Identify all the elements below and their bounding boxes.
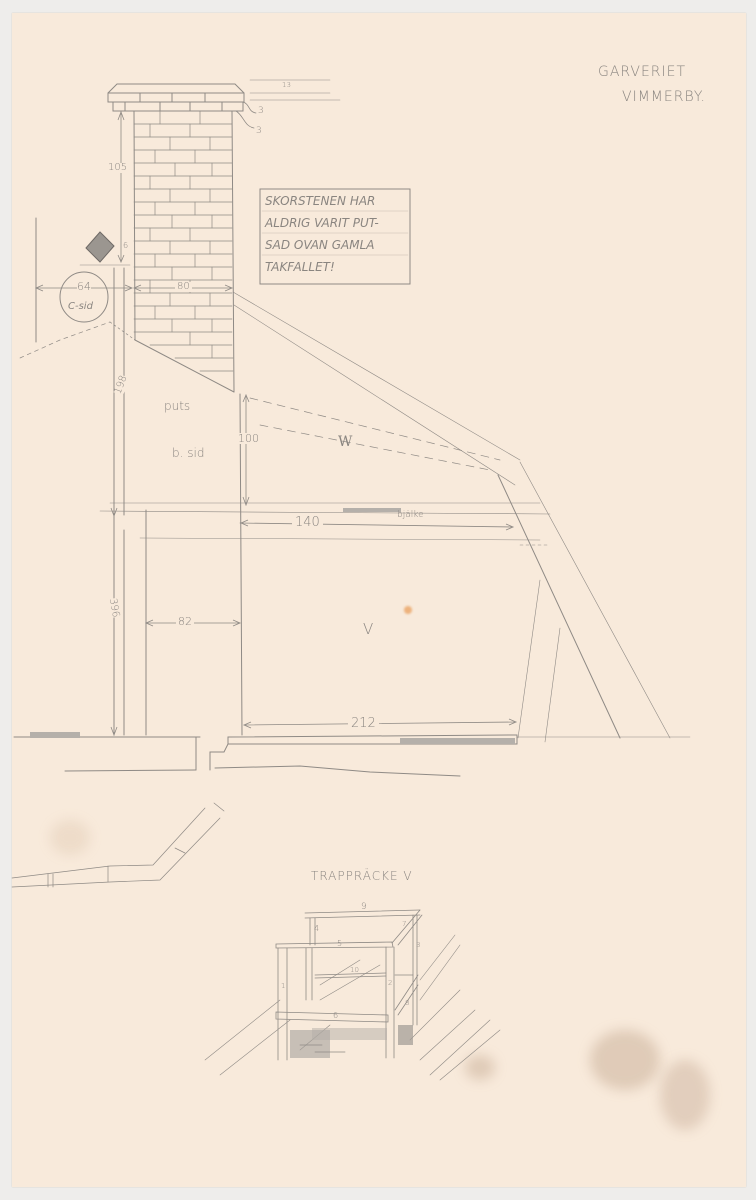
dim-cap-thickness-2: 3	[256, 127, 262, 136]
dim-floor-length: 212	[348, 717, 379, 730]
dim-cap-thickness-1: 3	[258, 107, 264, 116]
part-number-2: 2	[388, 980, 392, 987]
label-wall-v: V	[363, 622, 373, 637]
label-beam: bjälke	[397, 511, 424, 520]
part-number-9: 9	[361, 903, 367, 912]
note-line-2: ALDRIG VARIT PUT-	[265, 217, 379, 229]
dim-total-height: 396	[107, 598, 120, 619]
title-line-2: VIMMERBY.	[622, 90, 706, 104]
part-number-4: 4	[314, 925, 319, 933]
pipe-sketch	[12, 803, 224, 887]
dim-beam-length: 140	[292, 516, 323, 529]
label-side-b: b. sid	[172, 447, 204, 459]
dim-roof-height: 100	[238, 433, 259, 444]
chimney-cap	[108, 84, 244, 111]
dim-base-width: 82	[176, 616, 194, 627]
title-line-1: GARVERIET	[598, 65, 686, 79]
dim-chimney-width: 80	[175, 282, 192, 292]
label-plaster: puts	[164, 400, 190, 412]
part-number-6: 6	[333, 1012, 338, 1020]
note-line-1: SKORSTENEN HAR	[265, 195, 375, 207]
note-line-4: TAKFALLET!	[265, 261, 335, 273]
note-line-3: SAD OVAN GAMLA	[265, 239, 374, 251]
railing-title: TRAPPRÄCKE V	[311, 870, 413, 882]
part-number-5: 5	[337, 940, 342, 948]
stair-railing-sketch	[205, 910, 500, 1080]
dim-chimney-top-height: 105	[108, 163, 127, 173]
side-label: C-sid	[68, 302, 93, 312]
part-number-3: 3	[416, 942, 420, 949]
part-number-10: 10	[350, 967, 359, 974]
dim-cap-width: 13	[282, 82, 291, 89]
brick-courses	[134, 111, 233, 371]
vent-symbol	[86, 232, 114, 262]
dim-side-offset: 64	[77, 281, 91, 292]
dim-vent-offset: 6	[123, 242, 128, 250]
part-number-1: 1	[281, 983, 285, 990]
part-number-8: 8	[405, 1000, 409, 1007]
label-wall-w: W	[338, 435, 352, 449]
part-number-7: 7	[402, 921, 406, 928]
